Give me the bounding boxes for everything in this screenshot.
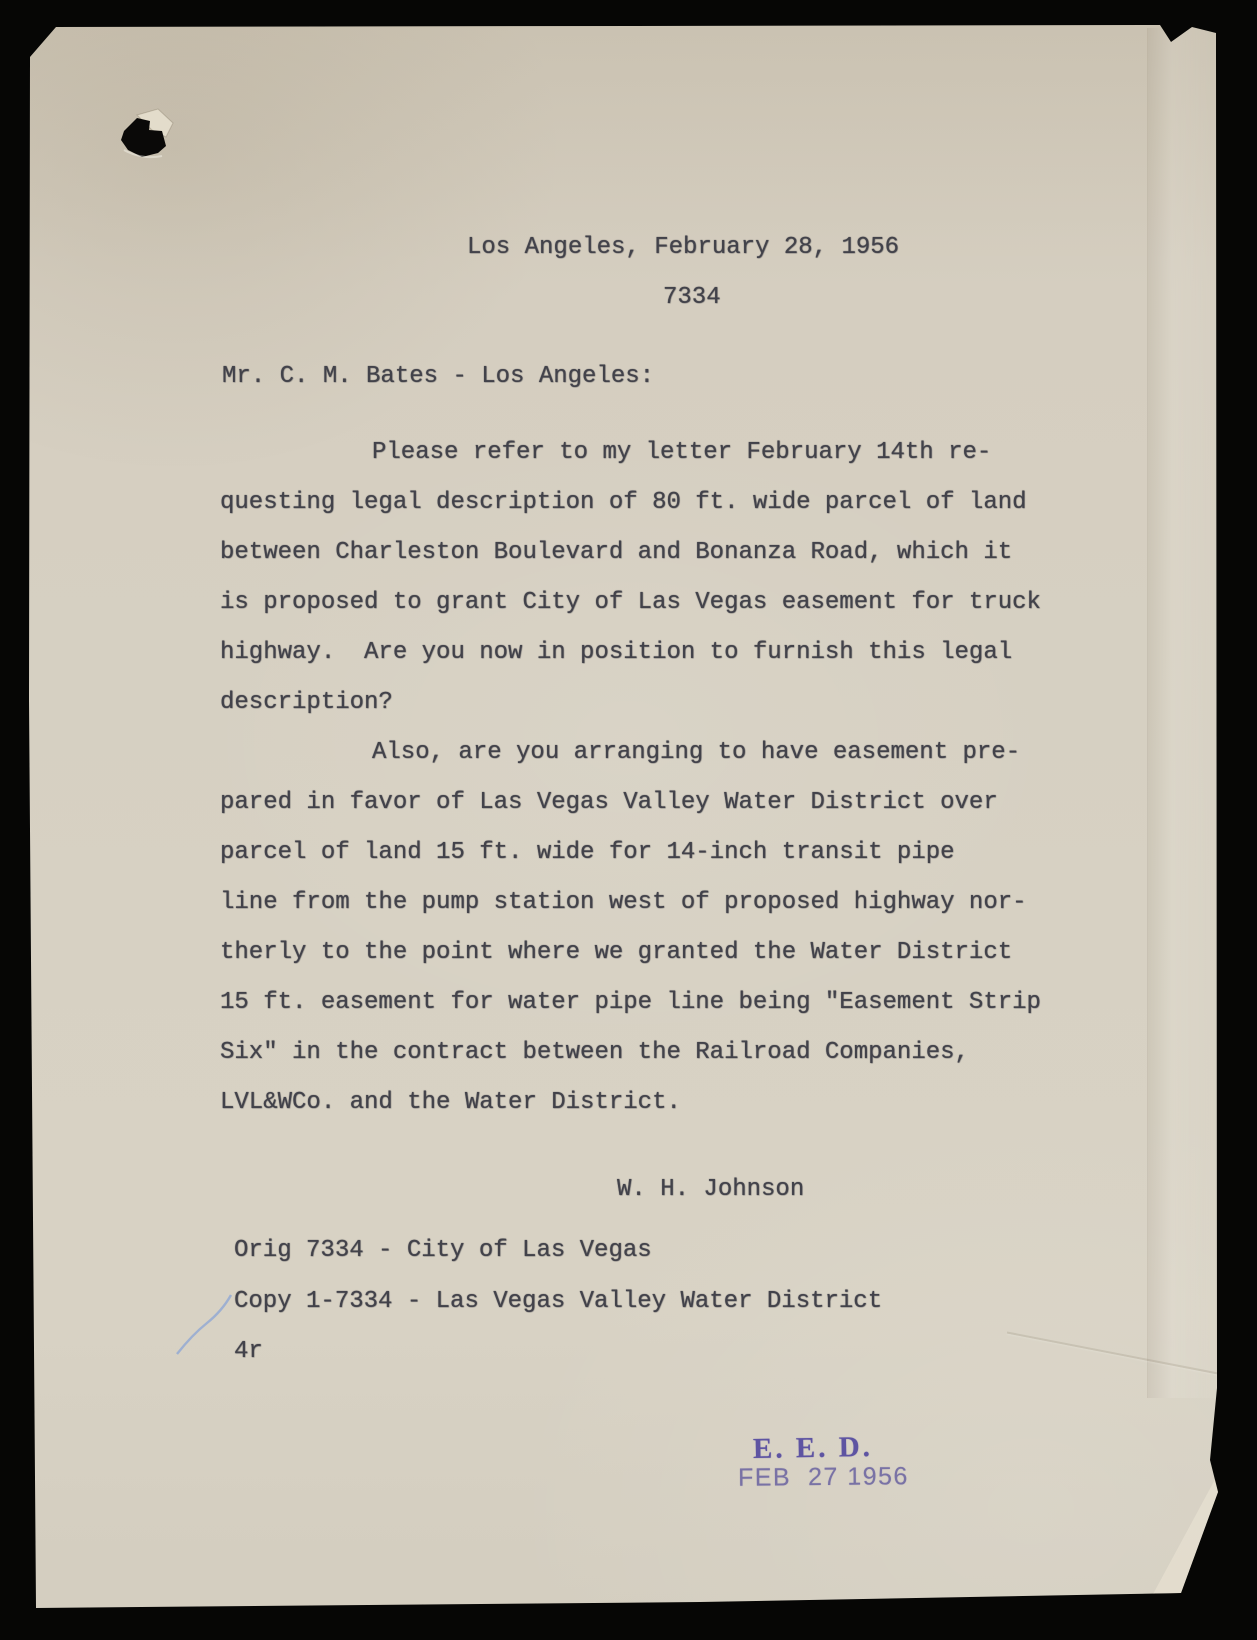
file-number: 7334 [663, 273, 721, 323]
paper-sheet: Los Angeles, February 28, 1956 7334 Mr. … [0, 0, 1257, 1640]
distribution-line-copy: Copy 1-7334 - Las Vegas Valley Water Dis… [234, 1277, 882, 1327]
stamp-date: FEB 27 1956 [738, 1463, 909, 1490]
body-paragraph-1: Please refer to my letter February 14th … [220, 428, 1041, 728]
scan-background: Los Angeles, February 28, 1956 7334 Mr. … [0, 0, 1257, 1640]
body-paragraph-2: Also, are you arranging to have easement… [220, 728, 1041, 1128]
dateline: Los Angeles, February 28, 1956 [467, 223, 899, 273]
typist-initials: 4r [234, 1327, 263, 1377]
distribution-line-orig: Orig 7334 - City of Las Vegas [234, 1226, 652, 1276]
paper-crease [1007, 1332, 1218, 1375]
signature: W. H. Johnson [617, 1165, 804, 1215]
paper-fold-right-edge [1147, 28, 1217, 1398]
salutation: Mr. C. M. Bates - Los Angeles: [222, 352, 654, 402]
stamp-initials: E. E. D. [753, 1432, 873, 1464]
